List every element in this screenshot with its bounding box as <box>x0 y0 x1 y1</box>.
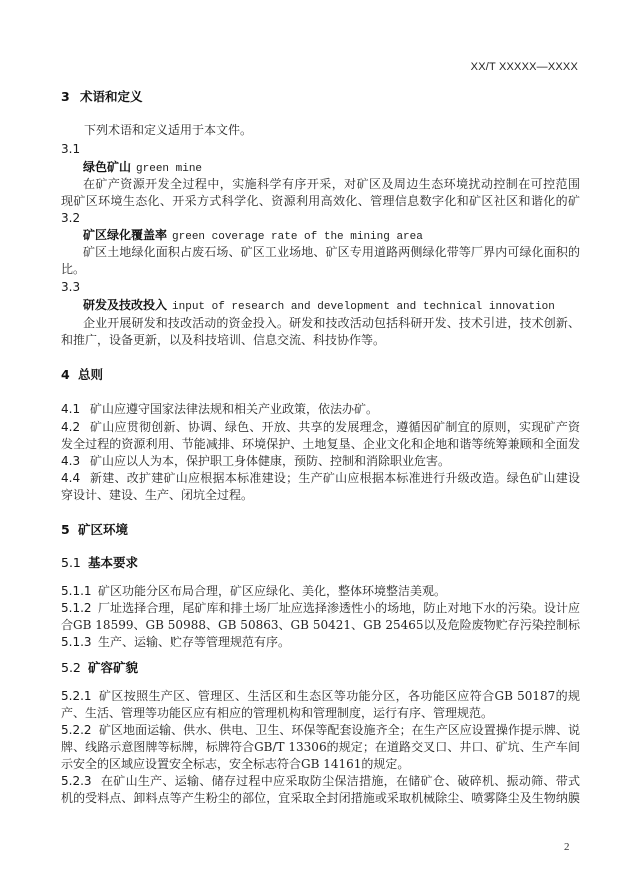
clause-number: 5.2.1 <box>61 688 92 704</box>
term-english: green coverage rate of the mining area <box>172 231 423 243</box>
clause-line: 牌、线路示意图牌等标牌，标牌符合GB/T 13306的规定；在道路交叉口、井口、… <box>61 739 580 755</box>
clause-line: 新建、改扩建矿山应根据本标准建设；生产矿山应根据本标准进行升级改造。绿色矿山建设… <box>90 470 580 486</box>
clause-number: 5.1.2 <box>61 600 92 616</box>
clause-number: 4.2 <box>61 419 80 435</box>
clause-line: 矿山应贯彻创新、协调、绿色、开放、共享的发展理念，遵循因矿制宜的原则，实现矿产资… <box>90 419 580 435</box>
term-heading: 绿色矿山green mine <box>83 159 202 175</box>
clause-line: 产、生活、管理等功能区应有相应的管理机构和管理制度，运行有序、管理规范。 <box>61 705 493 721</box>
clause-line: 矿山应遵守国家法律法规和相关产业政策，依法办矿。 <box>90 401 378 417</box>
section-title: 矿区环境 <box>78 522 128 538</box>
clause-line: 在矿山生产、运输、储存过程中应采取防尘保洁措施，在储矿仓、破碎机、振动筛、带式输… <box>101 773 580 789</box>
clause-line: 矿山应以人为本，保护职工身体健康，预防、控制和消除职业危害。 <box>90 453 450 469</box>
clause-line: 矿区按照生产区、管理区、生活区和生态区等功能分区，各功能区应符合GB 50187… <box>99 688 580 704</box>
clause-line: 厂址选择合理，尾矿库和排土场厂址应选择渗透性小的场地，防止对地下水的污染。设计应… <box>98 600 580 616</box>
term-number: 3.1 <box>61 141 80 157</box>
clause-line: 发全过程的资源利用、节能减排、环境保护、土地复垦、企业文化和企地和谐等统筹兼顾和… <box>61 436 580 452</box>
section-intro: 下列术语和定义适用于本文件。 <box>84 122 252 138</box>
term-chinese: 绿色矿山 <box>83 160 131 174</box>
clause-line: 矿区功能分区布局合理，矿区应绿化、美化，整体环境整洁美观。 <box>98 583 446 599</box>
term-heading: 矿区绿化覆盖率green coverage rate of the mining… <box>83 227 423 243</box>
definition-line: 比。 <box>61 261 85 277</box>
clause-number: 5.2.3 <box>61 773 92 789</box>
subsection-title: 基本要求 <box>88 555 138 571</box>
document-code-header: XX/T XXXXX—XXXX <box>471 59 578 75</box>
clause-line: 生产、运输、贮存等管理规范有序。 <box>98 634 290 650</box>
section-title: 术语和定义 <box>80 89 143 105</box>
term-chinese: 研发及技改投入 <box>83 298 167 312</box>
clause-number: 4.4 <box>61 470 80 486</box>
section-title: 总则 <box>78 367 103 383</box>
clause-line: 示安全的区域应设置安全标志，安全标志符合GB 14161的规定。 <box>61 756 409 772</box>
section-number: 4 <box>61 367 70 383</box>
section-number: 5 <box>61 522 70 538</box>
term-english: input of research and development and te… <box>172 301 555 313</box>
clause-number: 4.1 <box>61 401 80 417</box>
clause-number: 5.1.3 <box>61 634 92 650</box>
clause-line: 机的受料点、卸料点等产生粉尘的部位，宜采取全封闭措施或采取机械除尘、喷雾降尘及生… <box>61 790 580 806</box>
definition-line: 和推广，设备更新，以及科技培训、信息交流、科技协作等。 <box>61 332 385 348</box>
document-page: XX/T XXXXX—XXXX 3 术语和定义 下列术语和定义适用于本文件。 3… <box>0 0 622 896</box>
clause-number: 5.2.2 <box>61 722 92 738</box>
subsection-title: 矿容矿貌 <box>88 660 138 676</box>
clause-line: 穿设计、建设、生产、闭坑全过程。 <box>61 487 253 503</box>
clause-line: 矿区地面运输、供水、供电、卫生、环保等配套设施齐全；在生产区应设置操作提示牌、说… <box>99 722 580 738</box>
page-number: 2 <box>564 839 570 855</box>
definition-line: 在矿产资源开发全过程中，实施科学有序开采，对矿区及周边生态环境扰动控制在可控范围… <box>83 176 580 192</box>
term-chinese: 矿区绿化覆盖率 <box>83 228 167 242</box>
definition-line: 矿区土地绿化面积占废石场、矿区工业场地、矿区专用道路两侧绿化带等厂界内可绿化面积… <box>83 244 580 260</box>
term-english: green mine <box>136 163 202 175</box>
clause-number: 5.1.1 <box>61 583 92 599</box>
section-number: 3 <box>61 89 70 105</box>
term-number: 3.2 <box>61 210 80 226</box>
definition-line: 企业开展研发和技改活动的资金投入。研发和技改活动包括科研开发、技术引进，技术创新… <box>83 315 580 331</box>
term-heading: 研发及技改投入input of research and development… <box>83 297 555 313</box>
term-number: 3.3 <box>61 279 80 295</box>
definition-line: 现矿区环境生态化、开采方式科学化、资源利用高效化、管理信息数字化和矿区社区和谐化… <box>61 193 580 209</box>
clause-number: 4.3 <box>61 453 80 469</box>
subsection-number: 5.1 <box>61 555 81 571</box>
clause-line: 合GB 18599、GB 50988、GB 50863、GB 50421、GB … <box>61 617 580 633</box>
subsection-number: 5.2 <box>61 660 81 676</box>
